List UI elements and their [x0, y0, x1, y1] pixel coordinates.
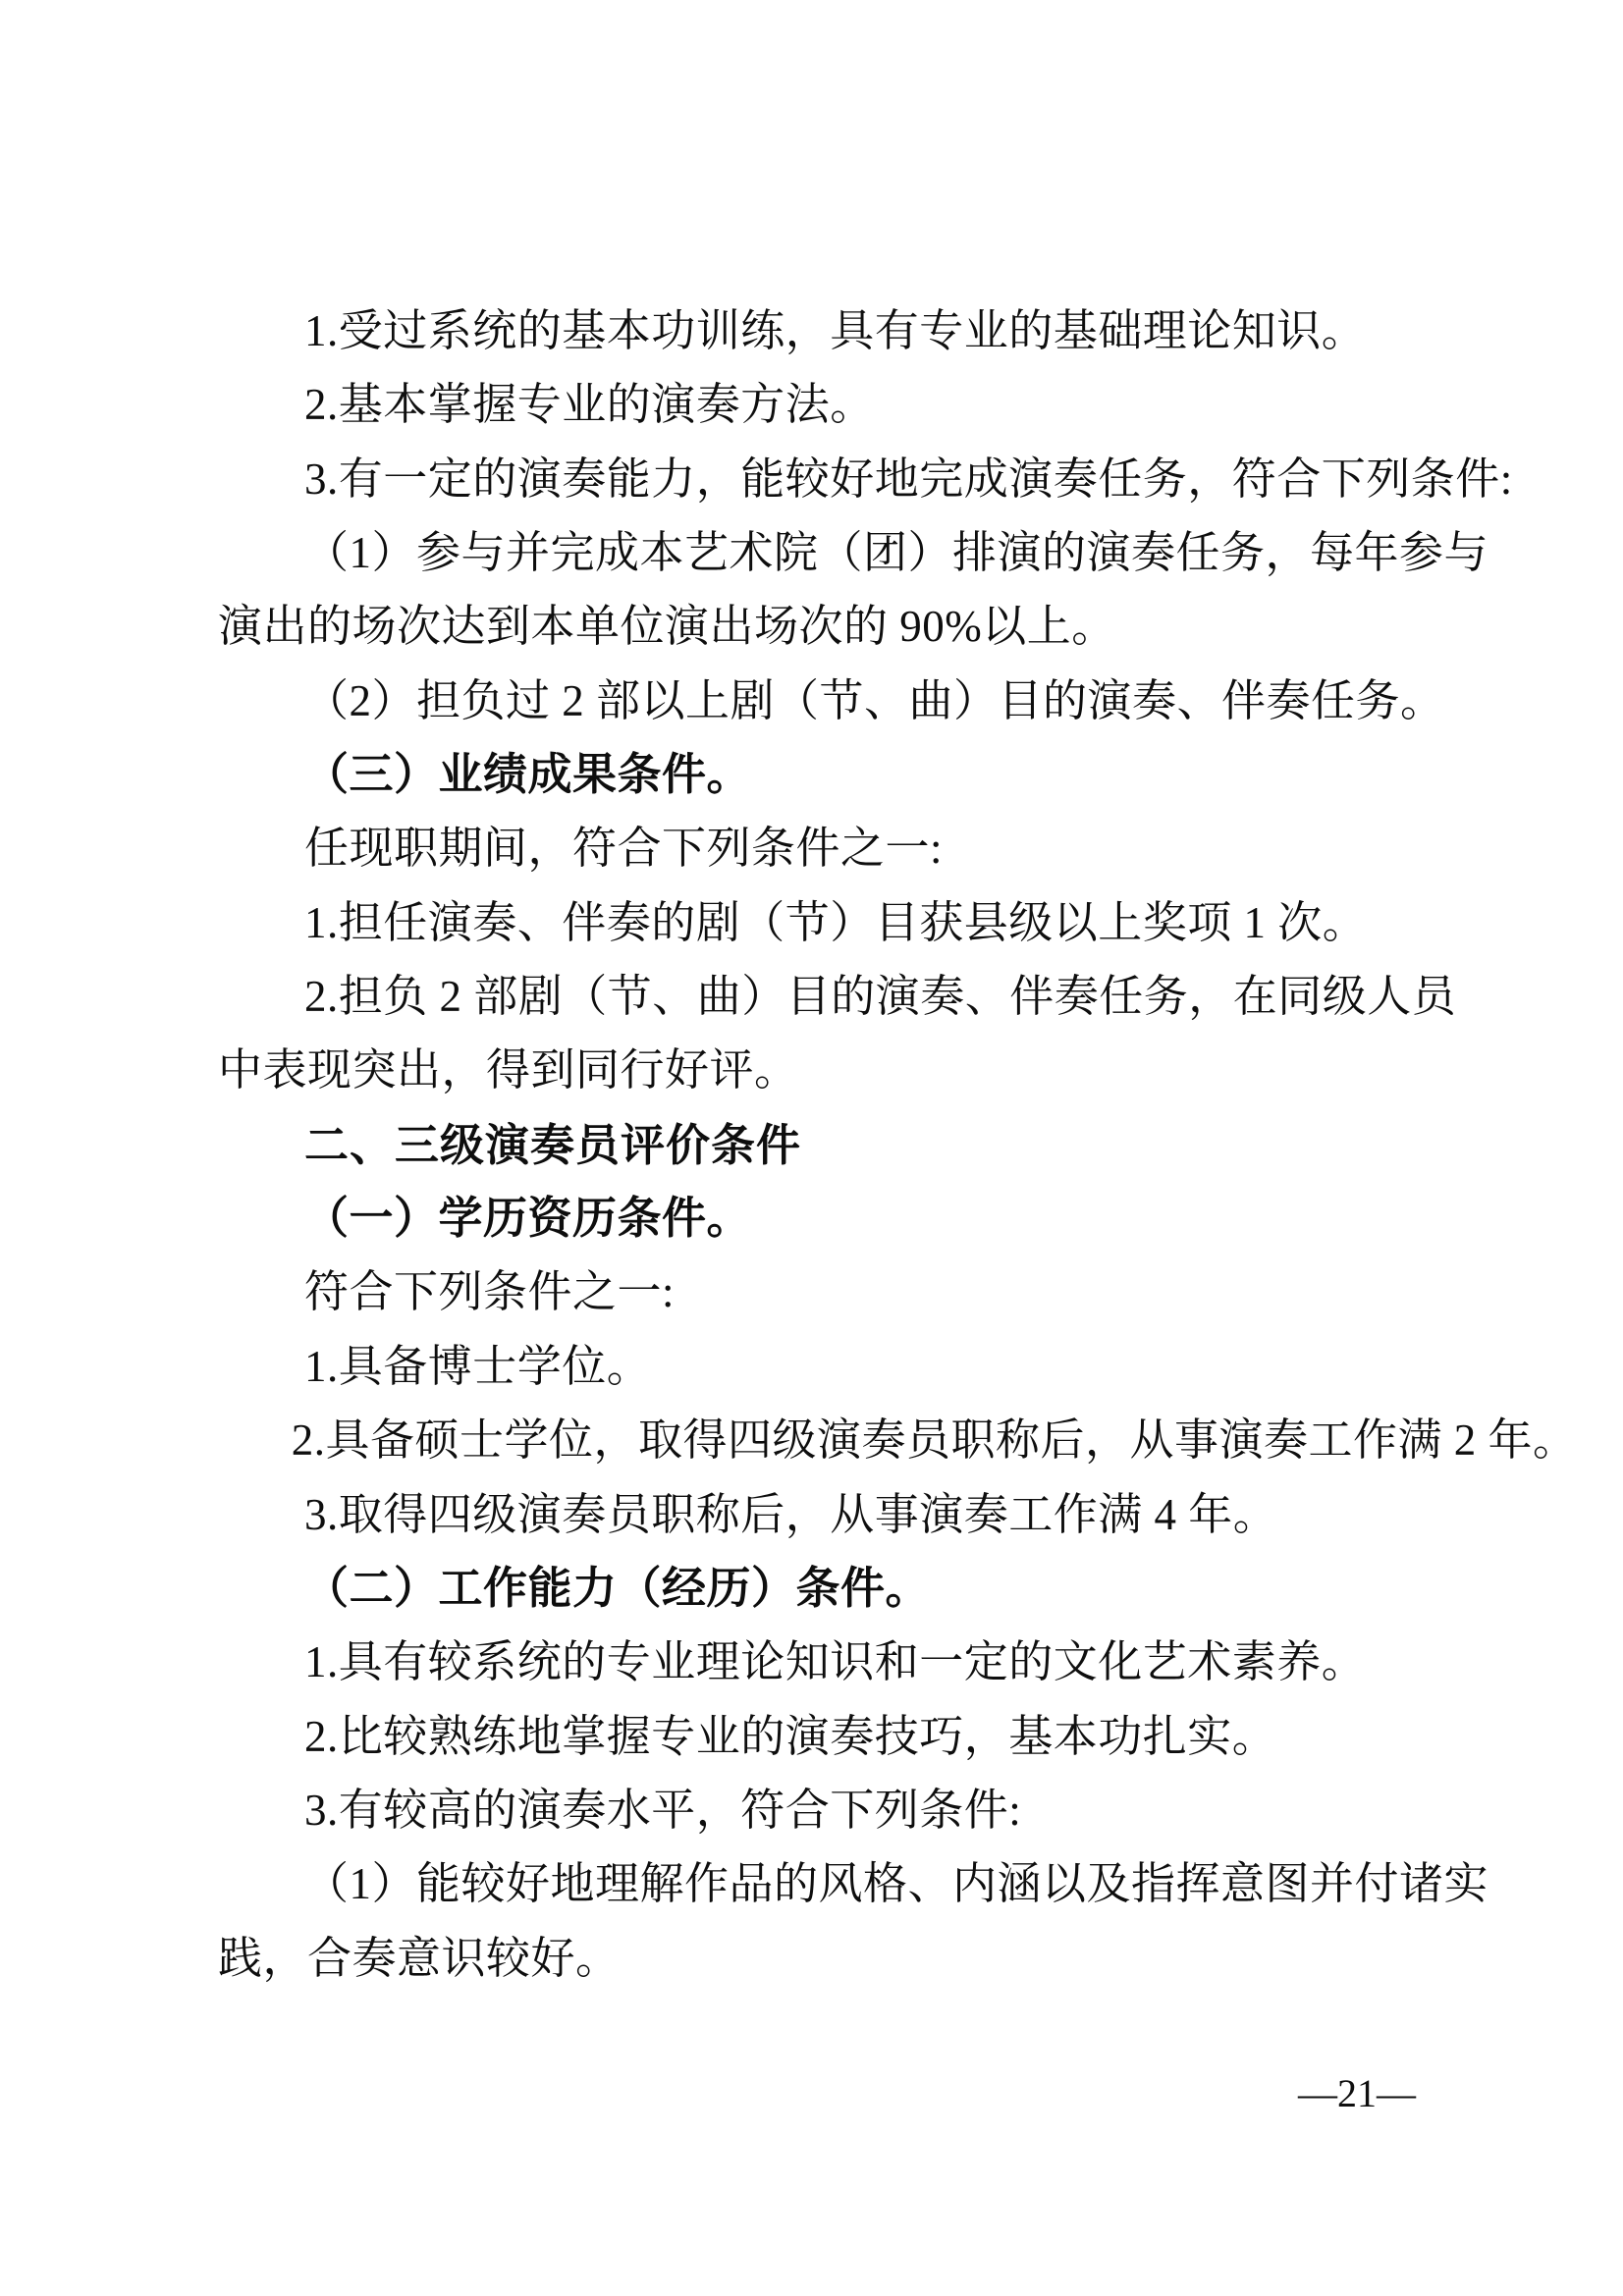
text-line: （1）参与并完成本艺术院（团）排演的演奏任务，每年参与	[218, 516, 1439, 590]
text-line: （1）能较好地理解作品的风格、内涵以及指挥意图并付诸实	[218, 1847, 1439, 1921]
text-line: 二、三级演奏员评价条件	[218, 1108, 1439, 1182]
text-line: 2.具备硕士学位，取得四级演奏员职称后，从事演奏工作满 2 年。	[218, 1404, 1439, 1477]
text-line: 演出的场次达到本单位演出场次的 90%以上。	[218, 590, 1439, 664]
document-page: 1.受过系统的基本功训练，具有专业的基础理论知识。2.基本掌握专业的演奏方法。3…	[0, 0, 1623, 2296]
text-line: 1.具备博士学位。	[218, 1330, 1439, 1404]
text-line: （一）学历资历条件。	[218, 1182, 1439, 1255]
text-line: 践，合奏意识较好。	[218, 1922, 1439, 1996]
text-line: 符合下列条件之一:	[218, 1255, 1439, 1329]
text-line: 1.担任演奏、伴奏的剧（节）目获县级以上奖项 1 次。	[218, 886, 1439, 960]
text-line: 1.受过系统的基本功训练，具有专业的基础理论知识。	[218, 294, 1439, 368]
text-line: 2.担负 2 部剧（节、曲）目的演奏、伴奏任务，在同级人员	[218, 960, 1439, 1034]
text-line: 3.取得四级演奏员职称后，从事演奏工作满 4 年。	[218, 1478, 1439, 1552]
text-line: 2.基本掌握专业的演奏方法。	[218, 368, 1439, 442]
text-line: 任现职期间，符合下列条件之一:	[218, 812, 1439, 885]
text-line: 3.有较高的演奏水平，符合下列条件:	[218, 1774, 1439, 1847]
text-line: 3.有一定的演奏能力，能较好地完成演奏任务，符合下列条件:	[218, 443, 1439, 516]
page-number: —21—	[1298, 2071, 1416, 2116]
document-body: 1.受过系统的基本功训练，具有专业的基础理论知识。2.基本掌握专业的演奏方法。3…	[218, 294, 1439, 1996]
text-line: （三）业绩成果条件。	[218, 738, 1439, 812]
text-line: （2）担负过 2 部以上剧（节、曲）目的演奏、伴奏任务。	[218, 665, 1439, 738]
text-line: 2.比较熟练地掌握专业的演奏技巧，基本功扎实。	[218, 1700, 1439, 1774]
text-line: 1.具有较系统的专业理论知识和一定的文化艺术素养。	[218, 1626, 1439, 1699]
text-line: （二）工作能力（经历）条件。	[218, 1552, 1439, 1626]
text-line: 中表现突出，得到同行好评。	[218, 1034, 1439, 1107]
